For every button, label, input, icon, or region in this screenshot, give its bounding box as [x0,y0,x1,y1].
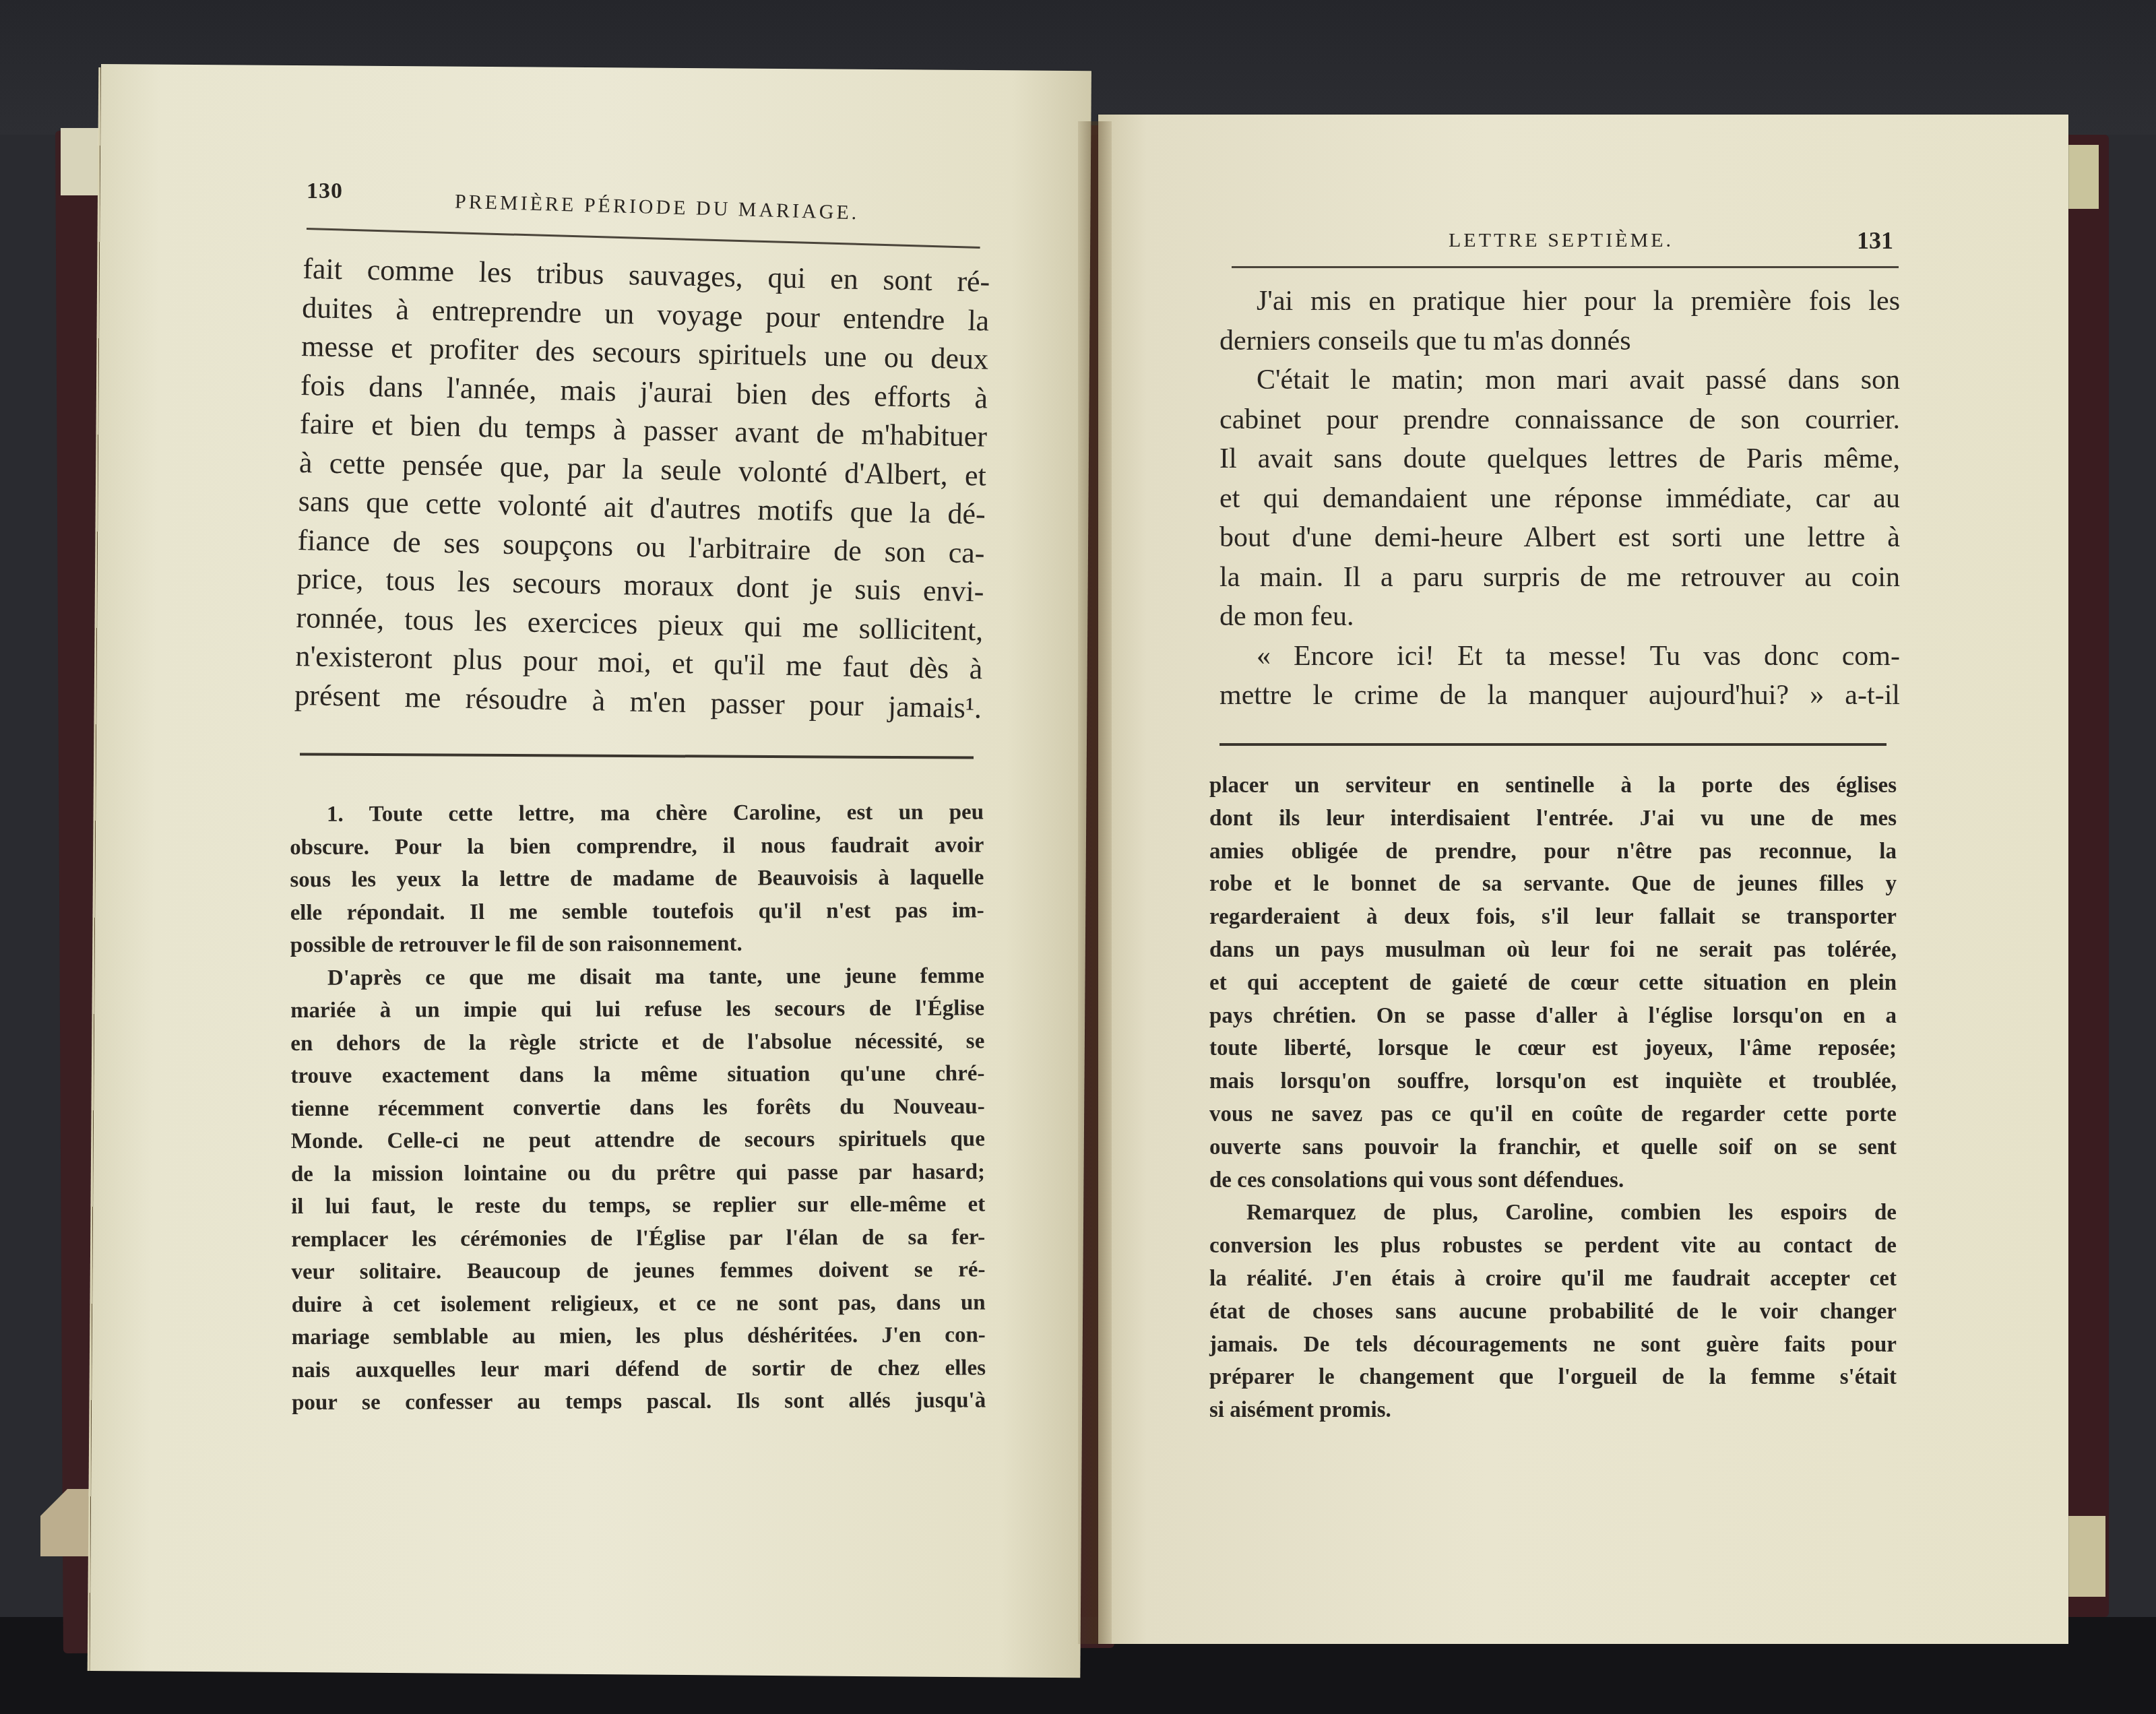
text-line: « Encore ici! Et ta messe! Tu vas donc c… [1219,637,1900,676]
footnote-line: mariage semblable au mien, les plus désh… [292,1319,986,1354]
footnote-line: de la mission lointaine ou du prêtre qui… [291,1155,985,1191]
footnote-line: obscure. Pour la bien comprendre, il nou… [290,829,984,864]
footnote-line: Remarquez de plus, Caroline, combien les… [1209,1197,1897,1230]
book-gutter [1078,121,1112,1644]
text-line: la main. Il a paru surpris de me retrouv… [1219,558,1900,598]
text-line: C'était le matin; mon mari avait passé d… [1219,360,1900,400]
right-page-number: 131 [1857,226,1893,255]
cover-corner-top-left [61,128,101,195]
footnote-line: elle répondait. Il me semble toutefois q… [290,894,984,929]
footnote-line: de ces consolations qui vous sont défend… [1209,1164,1897,1197]
right-main-text: J'ai mis en pratique hier pour la premiè… [1219,282,1900,716]
footnote-line: pays chrétien. On se passe d'aller à l'é… [1209,1000,1897,1033]
text-line: et qui demandaient une réponse immédiate… [1219,479,1900,519]
right-header-rule [1232,266,1899,268]
text-line: bout d'une demi-heure Albert est sorti u… [1219,518,1900,558]
cover-corner-bottom-left [40,1489,94,1556]
footnote-line: état de choses sans aucune probabilité d… [1209,1296,1897,1329]
text-line: derniers conseils que tu m'as donnés [1219,321,1900,361]
right-footnote-divider [1219,743,1886,746]
right-running-head: LETTRE SEPTIÈME. [1449,229,1674,252]
right-footnote: placer un serviteur en sentinelle à la p… [1209,769,1897,1427]
footnote-line: trouve exactement dans la même situation… [290,1057,984,1092]
footnote-line: toute liberté, lorsque le cœur est joyeu… [1209,1032,1897,1065]
text-line: mettre le crime de la manquer aujourd'hu… [1219,676,1900,716]
footnote-line: sous les yeux la lettre de madame de Bea… [290,861,984,896]
footnote-line: Monde. Celle-ci ne peut attendre de seco… [291,1122,985,1157]
footnote-line: placer un serviteur en sentinelle à la p… [1209,769,1897,802]
footnote-line: et qui acceptent de gaieté de cœur cette… [1209,967,1897,1000]
footnote-line: remplacer les cérémonies de l'Église par… [291,1221,985,1256]
left-main-text: fait comme les tribus sauvages, qui en s… [294,249,990,727]
footnote-line: dont ils leur interdisaient l'entrée. J'… [1209,802,1897,835]
footnote-line: la réalité. J'en étais à croire qu'il me… [1209,1263,1897,1296]
text-line: Il avait sans doute quelques lettres de … [1219,439,1900,479]
footnote-line: jamais. De tels découragements ne sont g… [1209,1329,1897,1362]
footnote-line: mais lorsqu'on souffre, lorsqu'on est in… [1209,1065,1897,1098]
footnote-line: conversion les plus robustes se perdent … [1209,1230,1897,1263]
text-line: J'ai mis en pratique hier pour la premiè… [1219,282,1900,321]
footnote-line: dans un pays musulman où leur foi ne ser… [1209,934,1897,967]
footnote-line: il lui faut, le reste du temps, se repli… [291,1188,985,1223]
footnote-line: si aisément promis. [1209,1394,1897,1427]
left-page-number: 130 [307,179,343,204]
footnote-line: vous ne savez pas ce qu'il en coûte de r… [1209,1098,1897,1131]
footnote-line: en dehors de la règle stricte et de l'ab… [290,1025,984,1060]
footnote-line: ouverte sans pouvoir la franchir, et que… [1209,1131,1897,1164]
footnote-line: possible de retrouver le fil de son rais… [290,926,984,961]
footnote-line: amies obligée de prendre, pour n'être pa… [1209,835,1897,868]
right-page-header: LETTRE SEPTIÈME. 131 [1233,229,1893,263]
text-line: de mon feu. [1219,597,1900,637]
footnote-line: 1. Toute cette lettre, ma chère Caroline… [290,796,984,831]
footnote-line: nais auxquelles leur mari défend de sort… [292,1352,986,1387]
footnote-line: pour se confesser au temps pascal. Ils s… [292,1384,986,1419]
footnote-line: robe et le bonnet de sa servante. Que de… [1209,868,1897,901]
left-footnote: 1. Toute cette lettre, ma chère Caroline… [290,796,986,1419]
footnote-line: mariée à un impie qui lui refuse les sec… [290,992,984,1027]
footnote-line: duire à cet isolement religieux, et ce n… [292,1286,986,1321]
text-line: cabinet pour prendre connaissance de son… [1219,400,1900,440]
footnote-line: D'après ce que me disait ma tante, une j… [290,959,984,994]
footnote-line: veur solitaire. Beaucoup de jeunes femme… [291,1253,985,1288]
footnote-line: tienne récemment convertie dans les forê… [291,1090,985,1125]
footnote-line: préparer le changement que l'orgueil de … [1209,1361,1897,1394]
footnote-line: regarderaient à deux fois, s'il leur fal… [1209,901,1897,934]
